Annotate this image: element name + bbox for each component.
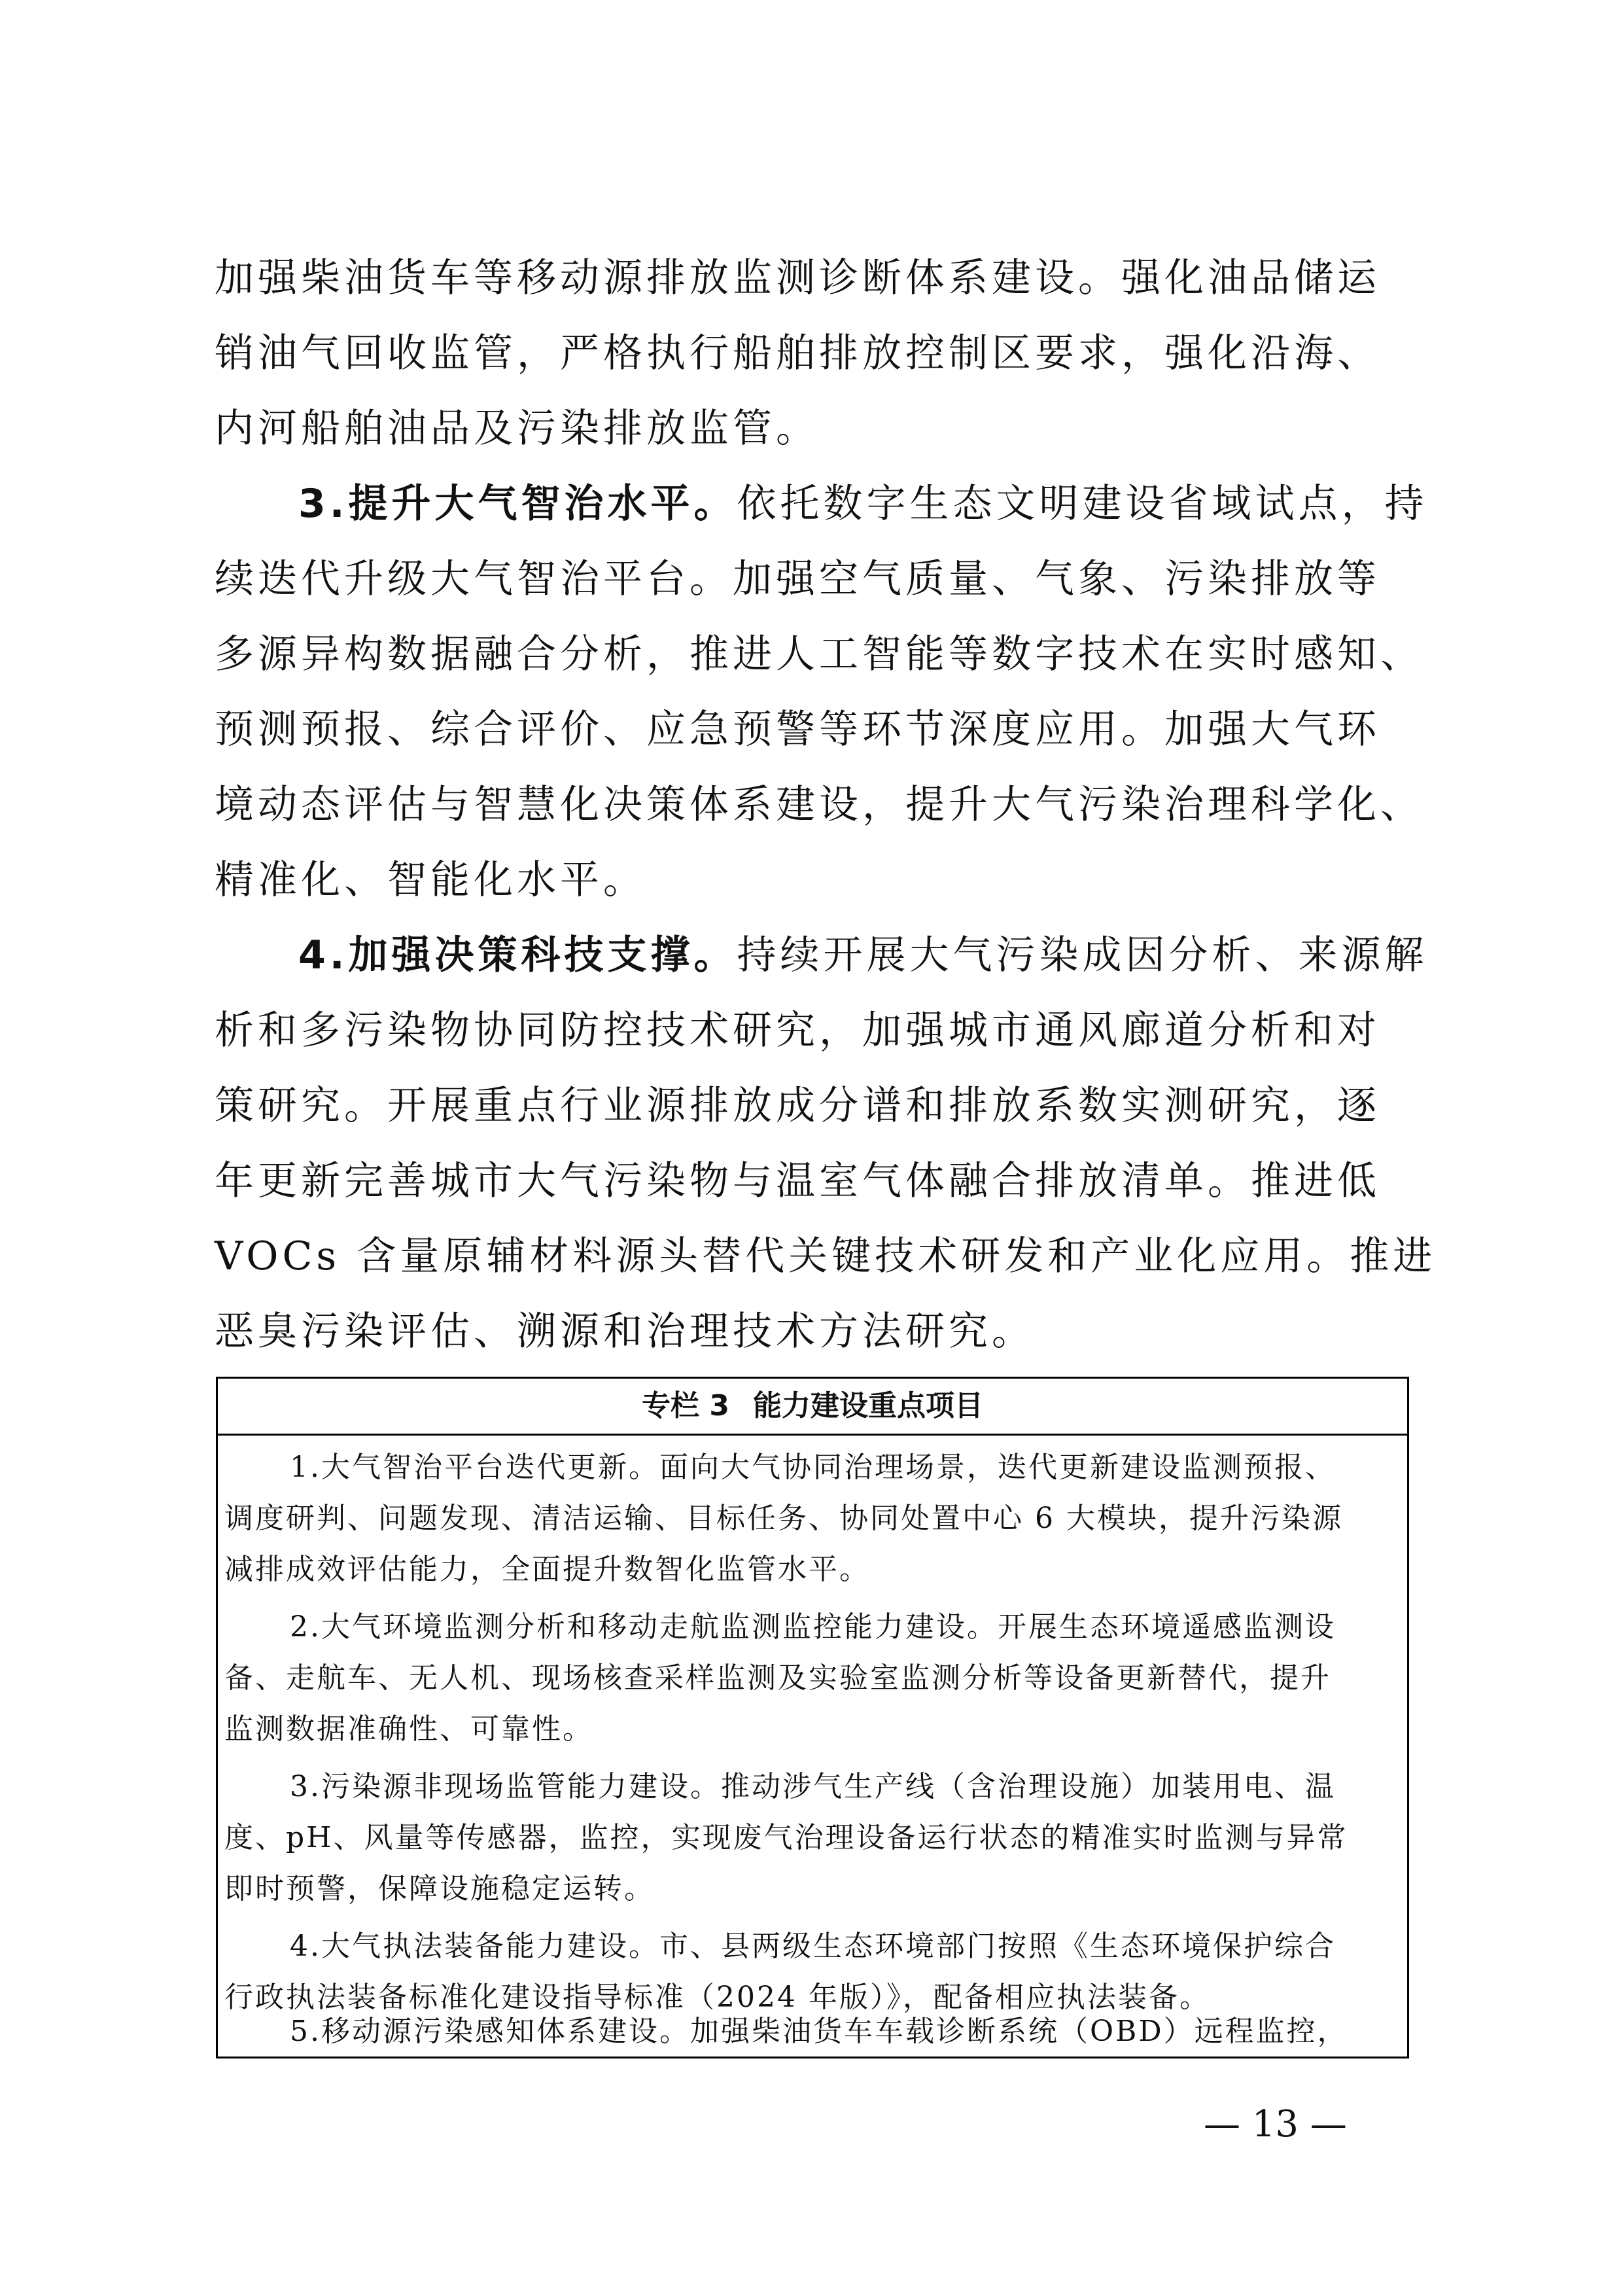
box-title: 专栏 3能力建设重点项目	[218, 1379, 1407, 1436]
section-3-first-line: 3.提升大气智治水平。依托数字生态文明建设省域试点，持	[215, 471, 1428, 537]
page-number: — 13 —	[1204, 2102, 1347, 2147]
paragraph-line: 年更新完善城市大气污染物与温室气体融合排放清单。推进低	[215, 1148, 1380, 1214]
box-line: 1.大气智治平台迭代更新。面向大气协同治理场景，迭代更新建设监测预报、	[224, 1443, 1336, 1492]
box-line: 备、走航车、无人机、现场核查采样监测及实验室监测分析等设备更新替代，提升	[224, 1653, 1331, 1703]
section-4-heading: 4.加强决策科技支撑。	[298, 932, 737, 978]
paragraph-line: 恶臭污染评估、溯源和治理技术方法研究。	[215, 1299, 1035, 1364]
paragraph-line: VOCs 含量原辅材料源头替代关键技术研发和产业化应用。推进	[215, 1224, 1436, 1289]
paragraph-line: 预测预报、综合评价、应急预警等环节深度应用。加强大气环	[215, 697, 1380, 762]
box-title-text: 能力建设重点项目	[753, 1389, 983, 1422]
column-box: 专栏 3能力建设重点项目 1.大气智治平台迭代更新。面向大气协同治理场景，迭代更…	[216, 1377, 1409, 2058]
box-line: 减排成效评估能力，全面提升数智化监管水平。	[224, 1545, 870, 1595]
box-line: 4.大气执法装备能力建设。市、县两级生态环境部门按照《生态环境保护综合	[224, 1922, 1336, 1971]
box-title-prefix: 专栏 3	[642, 1389, 729, 1422]
paragraph-line: 加强柴油货车等移动源排放监测诊断体系建设。强化油品储运	[215, 245, 1380, 311]
box-line: 2.大气环境监测分析和移动走航监测监控能力建设。开展生态环境遥感监测设	[224, 1602, 1336, 1652]
box-line: 调度研判、问题发现、清洁运输、目标任务、协同处置中心 6 大模块，提升污染源	[224, 1494, 1343, 1544]
paragraph-line: 策研究。开展重点行业源排放成分谱和排放系数实测研究，逐	[215, 1073, 1380, 1139]
section-3-heading: 3.提升大气智治水平。	[298, 481, 737, 527]
document-page: 加强柴油货车等移动源排放监测诊断体系建设。强化油品储运 销油气回收监管，严格执行…	[0, 0, 1623, 2296]
paragraph-line: 析和多污染物协同防控技术研究，加强城市通风廊道分析和对	[215, 998, 1380, 1063]
paragraph-line: 境动态评估与智慧化决策体系建设，提升大气污染治理科学化、	[215, 772, 1423, 838]
paragraph-line: 销油气回收监管，严格执行船舶排放控制区要求，强化沿海、	[215, 321, 1380, 386]
box-line: 监测数据准确性、可靠性。	[224, 1704, 593, 1754]
paragraph-line: 内河船舶油品及污染排放监管。	[215, 396, 819, 461]
section-4-text: 持续开展大气污染成因分析、来源解	[737, 932, 1428, 978]
section-3-text: 依托数字生态文明建设省域试点，持	[737, 481, 1428, 527]
box-line: 度、pH、风量等传感器，监控，实现废气治理设备运行状态的精准实时监测与异常	[224, 1813, 1348, 1863]
paragraph-line: 续迭代升级大气智治平台。加强空气质量、气象、污染排放等	[215, 546, 1380, 612]
paragraph-line: 精准化、智能化水平。	[215, 847, 646, 913]
section-4-first-line: 4.加强决策科技支撑。持续开展大气污染成因分析、来源解	[215, 923, 1428, 988]
box-line: 即时预警，保障设施稳定运转。	[224, 1864, 655, 1914]
paragraph-line: 多源异构数据融合分析，推进人工智能等数字技术在实时感知、	[215, 622, 1423, 687]
box-line: 5.移动源污染感知体系建设。加强柴油货车车载诊断系统（OBD）远程监控，	[224, 2007, 1348, 2057]
box-line: 3.污染源非现场监管能力建设。推动涉气生产线（含治理设施）加装用电、温	[224, 1762, 1336, 1812]
